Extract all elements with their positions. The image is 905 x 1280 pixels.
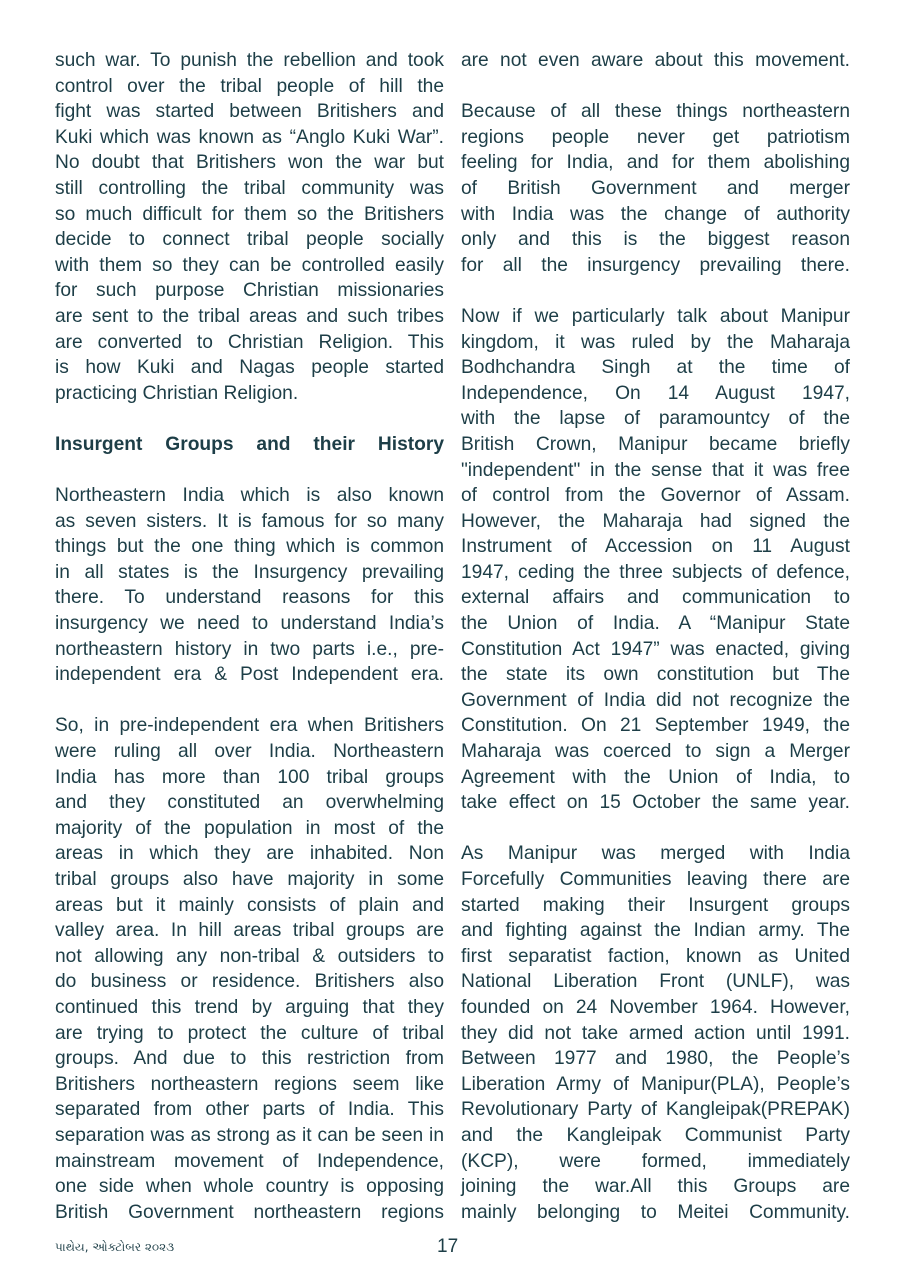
- text-line: Britishers northeastern regions seem lik…: [55, 1072, 444, 1098]
- text-line: groups. And due to this restriction from: [55, 1046, 444, 1072]
- text-line: 1947, ceding the three subjects of defen…: [461, 560, 850, 586]
- text-line: they did not take armed action until 199…: [461, 1021, 850, 1047]
- text-line: of British Government and merger: [461, 176, 850, 202]
- text-line: decide to connect tribal people socially: [55, 227, 444, 253]
- text-line: British Government northeastern regions: [55, 1200, 444, 1226]
- text-line: with India was the change of authority: [461, 202, 850, 228]
- text-line: Instrument of Accession on 11 August: [461, 534, 850, 560]
- text-line: is how Kuki and Nagas people started: [55, 355, 444, 381]
- text-line: mainstream movement of Independence,: [55, 1149, 444, 1175]
- text-line: British Crown, Manipur became briefly: [461, 432, 850, 458]
- text-line: take effect on 15 October the same year.: [461, 790, 850, 816]
- text-line: areas in which they are inhabited. Non: [55, 841, 444, 867]
- text-line: independent era & Post Independent era.: [55, 662, 444, 688]
- text-line: there. To understand reasons for this: [55, 585, 444, 611]
- text-line: Independence, On 14 August 1947,: [461, 381, 850, 407]
- paragraph-patriotism: Because of all these things northeastern…: [461, 99, 850, 278]
- text-line: Constitution Act 1947” was enacted, givi…: [461, 637, 850, 663]
- text-line: regions people never get patriotism: [461, 125, 850, 151]
- text-line: Now if we particularly talk about Manipu…: [461, 304, 850, 330]
- paragraph-movement-awareness: are not even aware about this movement.: [461, 48, 850, 74]
- text-line: are converted to Christian Religion. Thi…: [55, 330, 444, 356]
- text-line: However, the Maharaja had signed the: [461, 509, 850, 535]
- heading-text: Insurgent Groups and their History: [55, 432, 444, 458]
- text-line: Between 1977 and 1980, the People’s: [461, 1046, 850, 1072]
- paragraph-pre-independent-era: So, in pre-independent era when Britishe…: [55, 713, 444, 1225]
- text-line: Liberation Army of Manipur(PLA), People’…: [461, 1072, 850, 1098]
- text-line: are not even aware about this movement.: [461, 48, 850, 74]
- text-line: Government of India did not recognize th…: [461, 688, 850, 714]
- text-line: and fighting against the Indian army. Th…: [461, 918, 850, 944]
- text-line: Maharaja was coerced to sign a Merger: [461, 739, 850, 765]
- text-line: so much difficult for them so the Britis…: [55, 202, 444, 228]
- text-line: started making their Insurgent groups: [461, 893, 850, 919]
- text-line: continued this trend by arguing that the…: [55, 995, 444, 1021]
- text-line: founded on 24 November 1964. However,: [461, 995, 850, 1021]
- paragraph-insurgent-groups-formation: As Manipur was merged with IndiaForceful…: [461, 841, 850, 1225]
- text-line: northeastern history in two parts i.e., …: [55, 637, 444, 663]
- text-line: kingdom, it was ruled by the Maharaja: [461, 330, 850, 356]
- text-line: only and this is the biggest reason: [461, 227, 850, 253]
- paragraph-seven-sisters: Northeastern India which is also knownas…: [55, 483, 444, 688]
- text-line: Northeastern India which is also known: [55, 483, 444, 509]
- text-line: such war. To punish the rebellion and to…: [55, 48, 444, 74]
- text-line: No doubt that Britishers won the war but: [55, 150, 444, 176]
- paragraph-manipur-kingdom: Now if we particularly talk about Manipu…: [461, 304, 850, 816]
- text-line: the state its own constitution but The: [461, 662, 850, 688]
- text-line: Constitution. On 21 September 1949, the: [461, 713, 850, 739]
- page-number: 17: [437, 1236, 458, 1258]
- section-heading: Insurgent Groups and their History: [55, 432, 444, 458]
- text-line: as seven sisters. It is famous for so ma…: [55, 509, 444, 535]
- text-line: are sent to the tribal areas and such tr…: [55, 304, 444, 330]
- text-line: joining the war.All this Groups are: [461, 1174, 850, 1200]
- text-line: in all states is the Insurgency prevaili…: [55, 560, 444, 586]
- text-line: separation was as strong as it can be se…: [55, 1123, 444, 1149]
- text-line: one side when whole country is opposing: [55, 1174, 444, 1200]
- text-line: and they constituted an overwhelming: [55, 790, 444, 816]
- text-line: with the lapse of paramountcy of the: [461, 406, 850, 432]
- text-line: were ruling all over India. Northeastern: [55, 739, 444, 765]
- text-line: Kuki which was known as “Anglo Kuki War”…: [55, 125, 444, 151]
- text-line: tribal groups also have majority in some: [55, 867, 444, 893]
- text-line: the Union of India. A “Manipur State: [461, 611, 850, 637]
- text-line: (KCP), were formed, immediately: [461, 1149, 850, 1175]
- text-line: As Manipur was merged with India: [461, 841, 850, 867]
- text-line: control over the tribal people of hill t…: [55, 74, 444, 100]
- text-line: with them so they can be controlled easi…: [55, 253, 444, 279]
- text-line: So, in pre-independent era when Britishe…: [55, 713, 444, 739]
- text-line: and the Kangleipak Communist Party: [461, 1123, 850, 1149]
- text-line: separated from other parts of India. Thi…: [55, 1097, 444, 1123]
- paragraph-anglo-kuki-war: such war. To punish the rebellion and to…: [55, 48, 444, 406]
- footer-publication-name: પાથેય, ઓક્ટોબર ૨૦૨૩: [55, 1240, 174, 1255]
- text-line: Because of all these things northeastern: [461, 99, 850, 125]
- text-line: for all the insurgency prevailing there.: [461, 253, 850, 279]
- text-line: things but the one thing which is common: [55, 534, 444, 560]
- text-line: practicing Christian Religion.: [55, 381, 444, 407]
- text-line: mainly belonging to Meitei Community.: [461, 1200, 850, 1226]
- text-line: fight was started between Britishers and: [55, 99, 444, 125]
- text-line: first separatist faction, known as Unite…: [461, 944, 850, 970]
- text-line: are trying to protect the culture of tri…: [55, 1021, 444, 1047]
- text-line: India has more than 100 tribal groups: [55, 765, 444, 791]
- text-line: Revolutionary Party of Kangleipak(PREPAK…: [461, 1097, 850, 1123]
- text-line: majority of the population in most of th…: [55, 816, 444, 842]
- right-column: are not even aware about this movement. …: [461, 48, 850, 1251]
- text-line: valley area. In hill areas tribal groups…: [55, 918, 444, 944]
- text-line: insurgency we need to understand India’s: [55, 611, 444, 637]
- text-line: "independent" in the sense that it was f…: [461, 458, 850, 484]
- text-line: areas but it mainly consists of plain an…: [55, 893, 444, 919]
- text-line: still controlling the tribal community w…: [55, 176, 444, 202]
- text-line: feeling for India, and for them abolishi…: [461, 150, 850, 176]
- text-line: for such purpose Christian missionaries: [55, 278, 444, 304]
- text-line: Forcefully Communities leaving there are: [461, 867, 850, 893]
- text-line: do business or residence. Britishers als…: [55, 969, 444, 995]
- text-line: of control from the Governor of Assam.: [461, 483, 850, 509]
- text-line: external affairs and communication to: [461, 585, 850, 611]
- text-line: not allowing any non-tribal & outsiders …: [55, 944, 444, 970]
- text-line: National Liberation Front (UNLF), was: [461, 969, 850, 995]
- text-line: Bodhchandra Singh at the time of: [461, 355, 850, 381]
- text-line: Agreement with the Union of India, to: [461, 765, 850, 791]
- left-column: such war. To punish the rebellion and to…: [55, 48, 444, 1251]
